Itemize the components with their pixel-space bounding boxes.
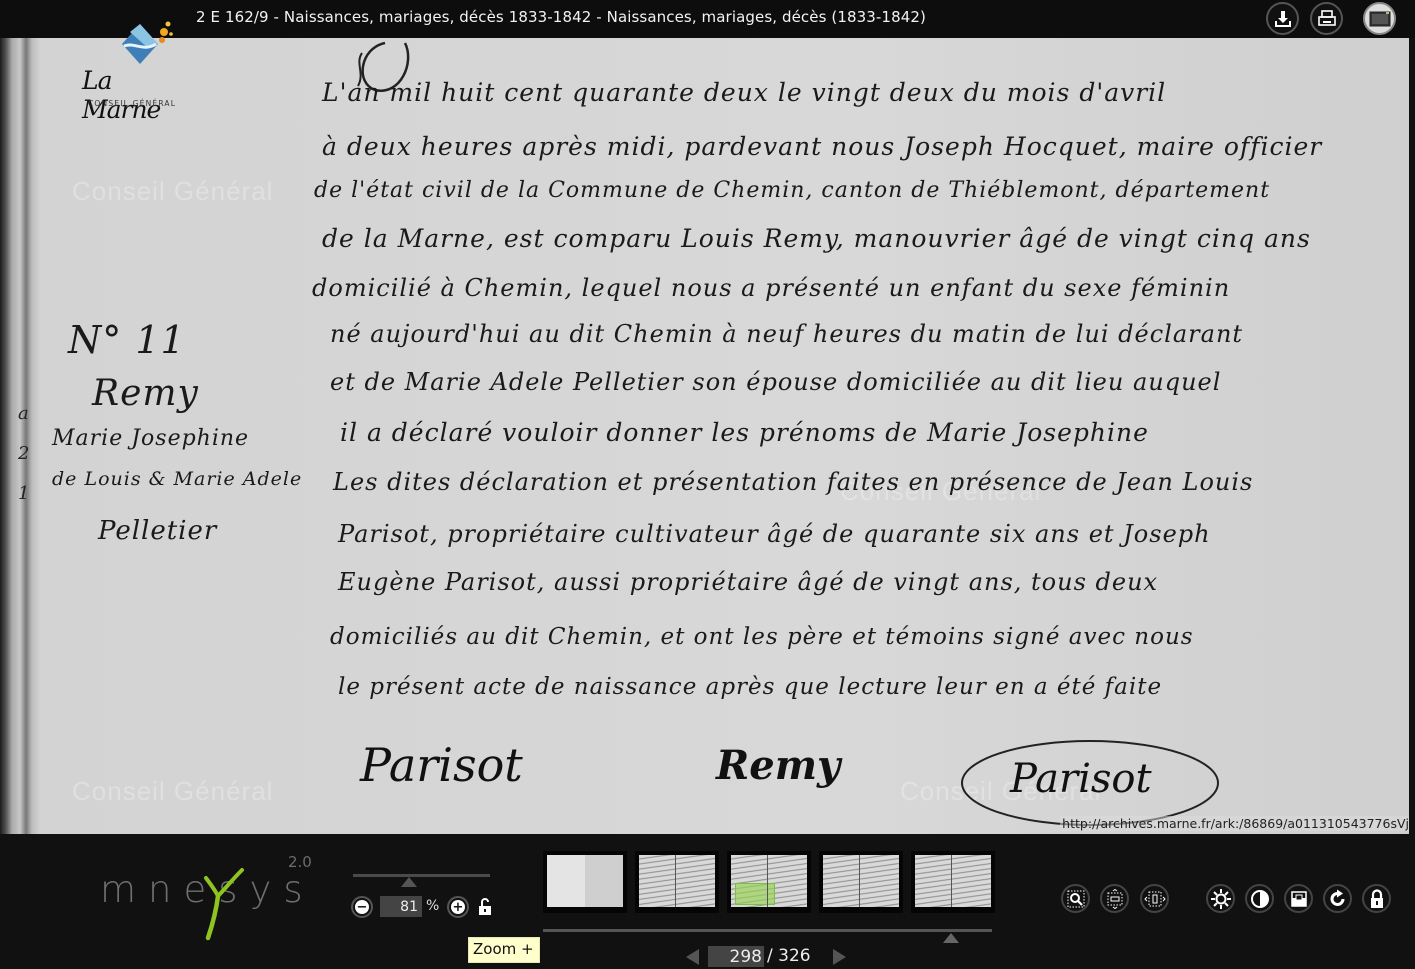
zoom-selection-button[interactable] — [1061, 884, 1090, 913]
zoom-out-icon: − — [355, 900, 369, 914]
record-line: Eugène Parisot, aussi propriétaire âgé d… — [338, 568, 1158, 596]
la-marne-logo: La Marne CONSEIL GÉNÉRAL — [80, 18, 180, 110]
mnesys-version: 2.0 — [288, 853, 312, 871]
lock-button[interactable] — [1362, 884, 1391, 913]
page-slider-track[interactable] — [543, 929, 992, 932]
signature: Remy — [716, 742, 840, 789]
record-line: né aujourd'hui au dit Chemin à neuf heur… — [330, 320, 1243, 348]
margin-mark: a — [18, 403, 29, 424]
thumbnail-page-selected[interactable] — [727, 851, 811, 913]
fit-width-button[interactable] — [1140, 884, 1169, 913]
previous-page-button[interactable] — [686, 949, 699, 965]
zoom-slider-track[interactable] — [353, 874, 490, 877]
record-line: de la Marne, est comparu Louis Remy, man… — [322, 224, 1311, 253]
margin-mark: 1 — [18, 483, 29, 504]
zoom-in-button[interactable]: + — [447, 896, 469, 918]
watermark: Conseil Général — [72, 176, 273, 207]
page-slider-handle[interactable] — [943, 933, 959, 943]
margin-surname: Remy — [92, 373, 199, 414]
download-button[interactable] — [1266, 2, 1299, 35]
zoom-selection-icon — [1066, 889, 1086, 909]
archive-viewer-app: 2 E 162/9 - Naissances, mariages, décès … — [0, 0, 1415, 969]
top-bar: 2 E 162/9 - Naissances, mariages, décès … — [0, 0, 1415, 38]
logo-wordmark: La Marne — [82, 66, 180, 124]
margin-line: Marie Josephine — [52, 426, 249, 451]
record-line: à deux heures après midi, pardevant nous… — [322, 132, 1322, 161]
record-line: de l'état civil de la Commune de Chemin,… — [314, 178, 1270, 203]
permalink-text[interactable]: http://archives.marne.fr/ark:/86869/a011… — [1060, 816, 1411, 831]
logo-diamond-icon — [118, 18, 178, 68]
document-viewer[interactable]: Conseil Général Conseil Général Conseil … — [0, 38, 1415, 834]
print-button[interactable] — [1310, 2, 1343, 35]
print-icon — [1317, 9, 1337, 29]
signature: Parisot — [360, 738, 523, 792]
rotate-icon — [1328, 889, 1348, 909]
margin-line: de Louis & Marie Adele — [52, 468, 302, 490]
thumbnail-page[interactable] — [635, 851, 719, 913]
fullscreen-button[interactable] — [1363, 2, 1396, 35]
margin-mark: 2 — [18, 443, 29, 464]
record-line: domiciliés au dit Chemin, et ont les pèr… — [330, 624, 1194, 650]
fullscreen-icon — [1369, 10, 1391, 28]
zoom-out-button[interactable]: − — [351, 896, 373, 918]
brightness-button[interactable] — [1206, 884, 1235, 913]
zoom-slider-handle[interactable] — [401, 877, 417, 887]
zoom-in-icon: + — [451, 900, 465, 914]
fit-height-button[interactable] — [1100, 884, 1129, 913]
scanned-page[interactable]: Conseil Général Conseil Général Conseil … — [0, 38, 1415, 834]
download-icon — [1273, 9, 1293, 29]
record-line: et de Marie Adele Pelletier son épouse d… — [330, 368, 1221, 396]
logo-subtitle: CONSEIL GÉNÉRAL — [88, 99, 176, 108]
record-line: domicilié à Chemin, lequel nous a présen… — [312, 274, 1230, 302]
brightness-icon — [1210, 888, 1232, 910]
fit-height-icon — [1105, 889, 1125, 909]
margin-line: Pelletier — [98, 516, 217, 546]
watermark: Conseil Général — [72, 776, 273, 807]
fit-width-icon — [1144, 889, 1166, 909]
rotate-button[interactable] — [1323, 884, 1352, 913]
mnesys-y-icon — [200, 864, 250, 944]
contrast-icon — [1250, 889, 1270, 909]
bottom-toolbar: mnesys 2.0 − % + — [0, 834, 1415, 969]
signature: Parisot — [1010, 756, 1152, 802]
margin-act-number: N° 11 — [68, 318, 186, 362]
selection-highlight — [735, 883, 775, 905]
record-line: le présent acte de naissance après que l… — [338, 674, 1162, 700]
record-line: Les dites déclaration et présentation fa… — [333, 468, 1253, 496]
thumbnail-page[interactable] — [819, 851, 903, 913]
record-line: il a déclaré vouloir donner les prénoms … — [340, 418, 1149, 447]
page-total: / 326 — [767, 946, 811, 966]
thumbnail-page[interactable] — [911, 851, 995, 913]
invert-icon — [1289, 889, 1309, 909]
zoom-level-input[interactable] — [380, 896, 422, 917]
zoom-percent-label: % — [426, 898, 439, 914]
page-number-input[interactable] — [708, 946, 764, 967]
zoom-in-tooltip: Zoom + — [468, 937, 540, 963]
record-line: Parisot, propriétaire cultivateur âgé de… — [338, 520, 1211, 548]
thumbnail-page[interactable] — [543, 851, 627, 913]
next-page-button[interactable] — [833, 949, 846, 965]
unlock-icon[interactable] — [478, 898, 492, 916]
invert-button[interactable] — [1284, 884, 1313, 913]
document-title: 2 E 162/9 - Naissances, mariages, décès … — [196, 8, 926, 26]
record-line: L'an mil huit cent quarante deux le ving… — [322, 78, 1166, 107]
contrast-button[interactable] — [1245, 884, 1274, 913]
lock-icon — [1369, 889, 1385, 909]
